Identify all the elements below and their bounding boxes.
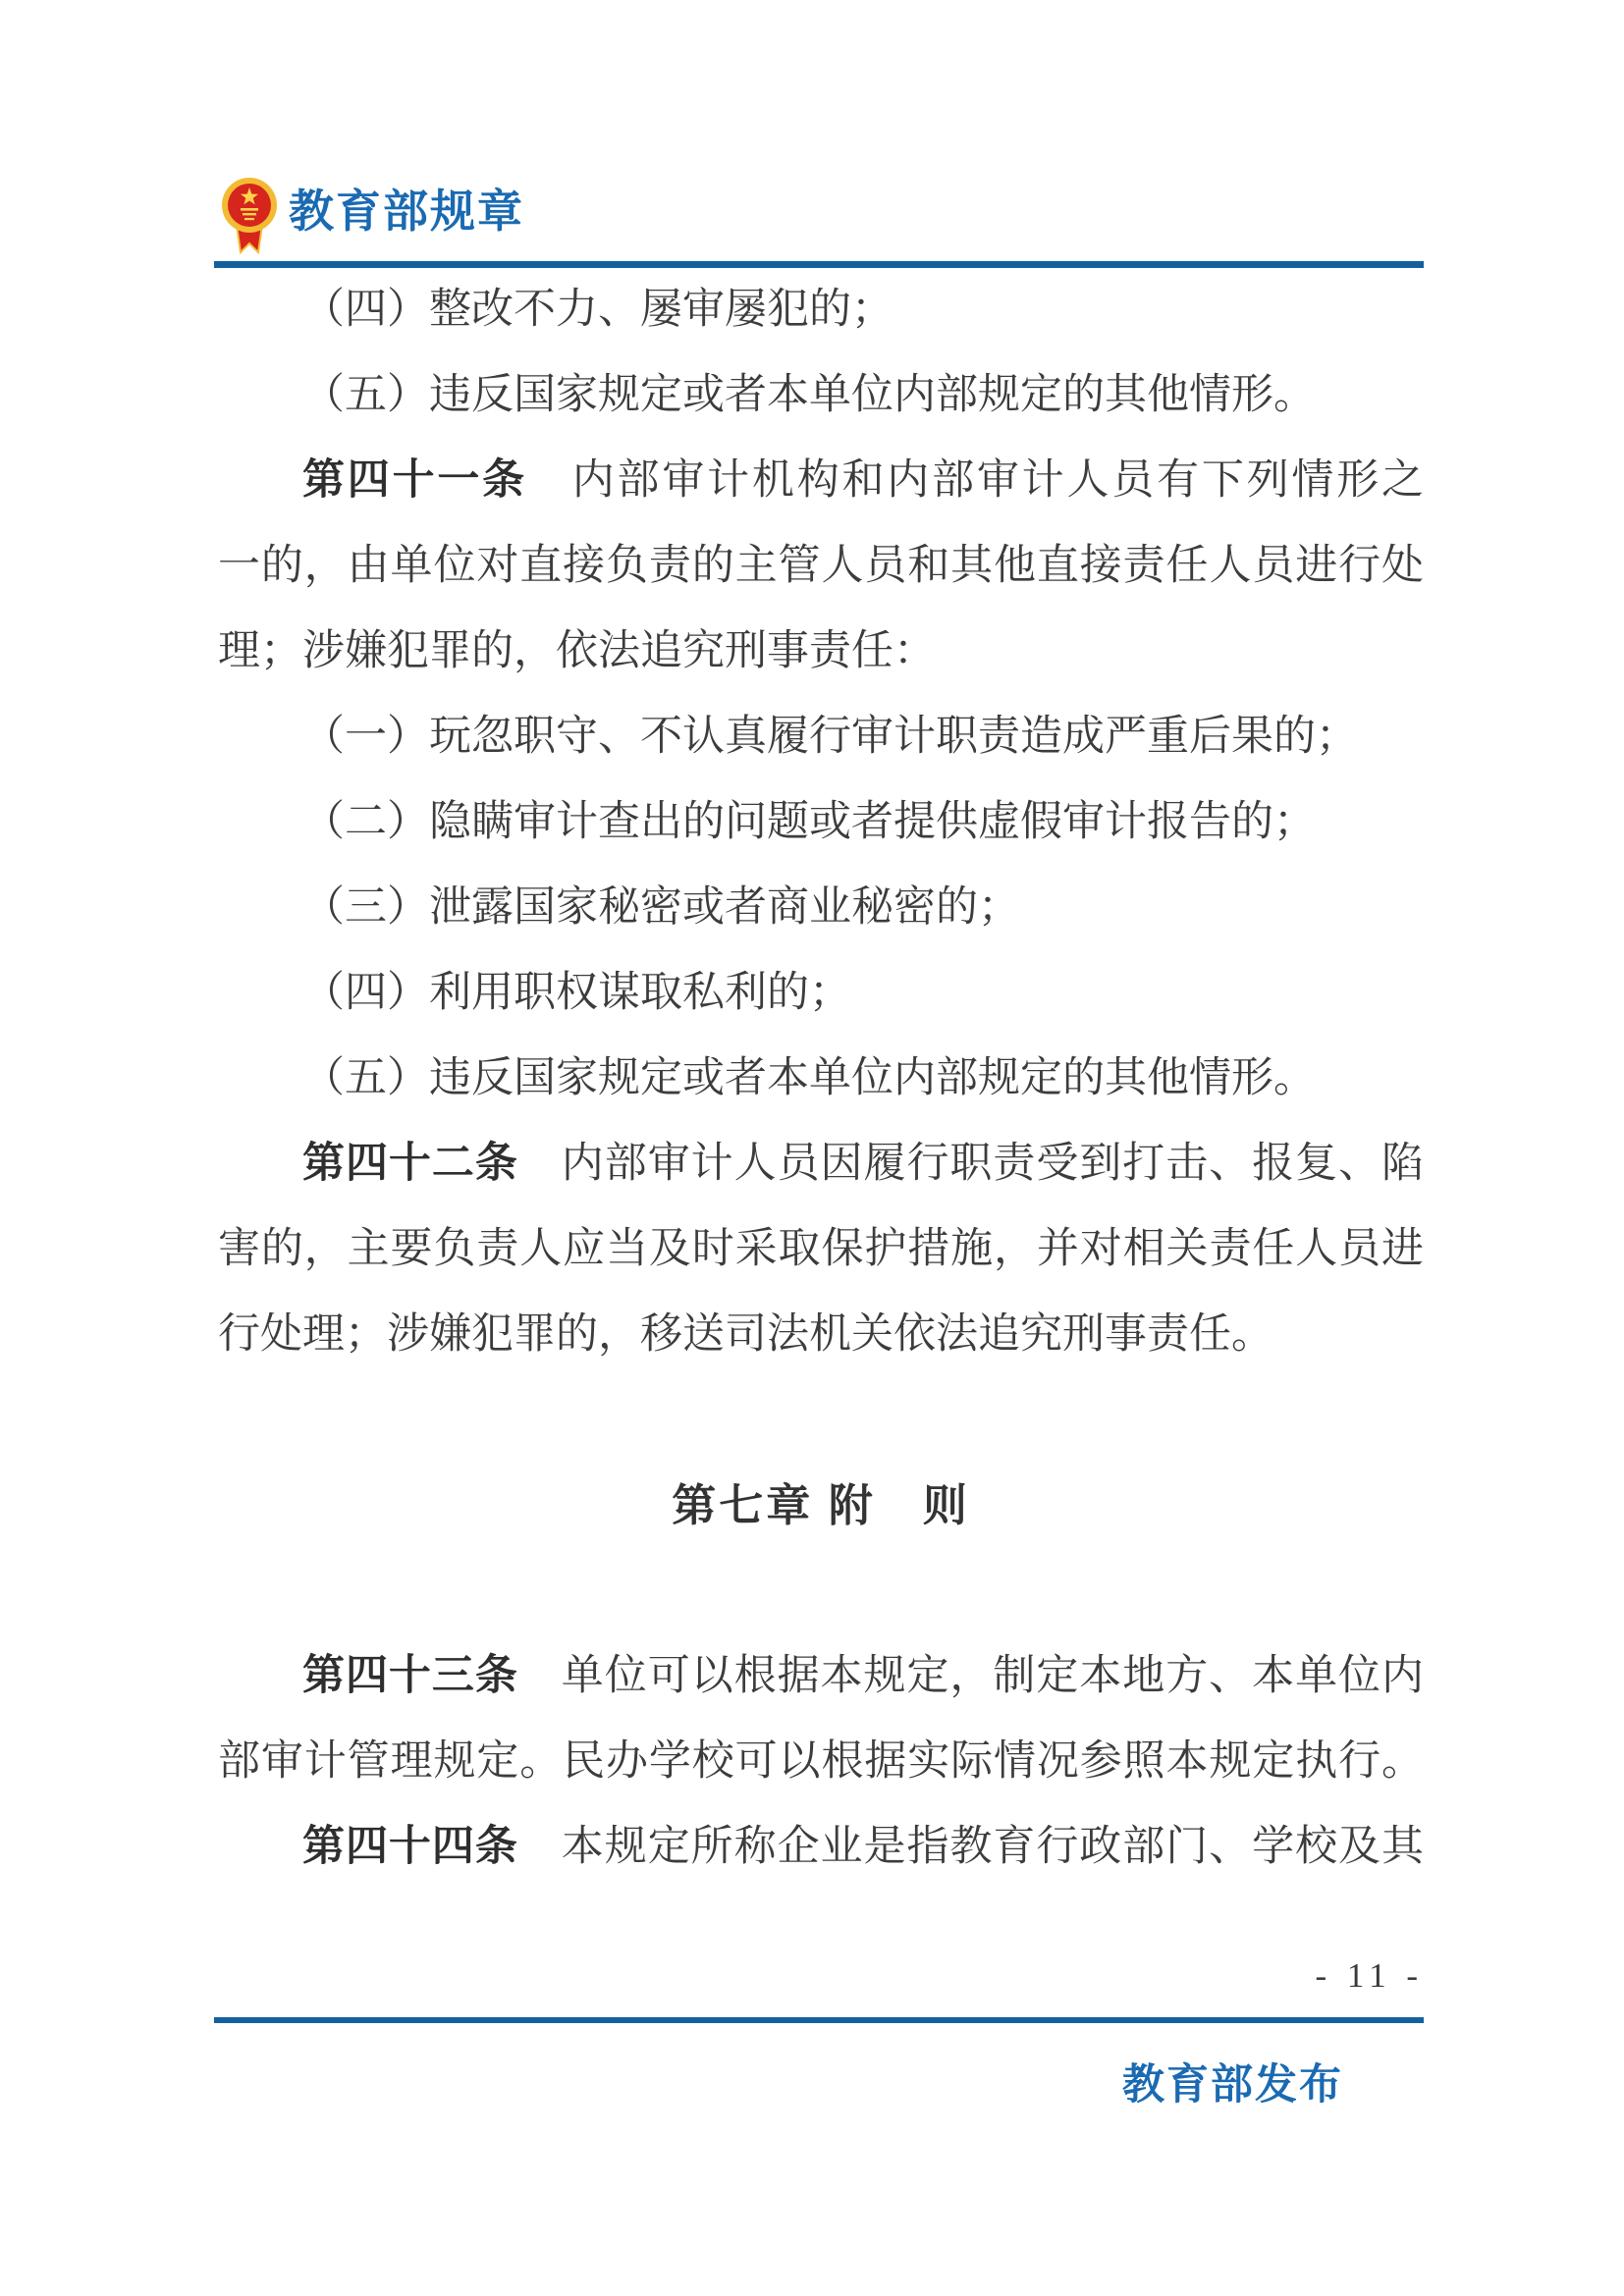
body-text-segment: （五）违反国家规定或者本单位内部规定的其他情形。 <box>302 1055 1316 1101</box>
body-text-segment: （四）利用职权谋取私利的； <box>302 970 851 1016</box>
article-number: 第四十四条 <box>302 1824 518 1870</box>
body-text-segment: （一）玩忽职守、不认真履行审计职责造成严重后果的； <box>302 714 1358 760</box>
body-text-segment: 一的，由单位对直接负责的主管人员和其他直接责任人员进行处 <box>218 543 1424 589</box>
body-line: （四）整改不力、屡审屡犯的； <box>218 267 1424 352</box>
body-line: （一）玩忽职守、不认真履行审计职责造成严重后果的； <box>218 694 1424 779</box>
footer-divider <box>214 2017 1424 2023</box>
body-text-segment: 部审计管理规定。民办学校可以根据实际情况参照本规定执行。 <box>218 1738 1424 1785</box>
body-text-segment: 理；涉嫌犯罪的，依法追究刑事责任： <box>218 628 936 674</box>
document-page: 教育部规章 （四）整改不力、屡审屡犯的；（五）违反国家规定或者本单位内部规定的其… <box>0 0 1624 2296</box>
body-text-segment: 内部审计人员因履行职责受到打击、报复、陷 <box>518 1141 1424 1187</box>
body-text-segment: 行处理；涉嫌犯罪的，移送司法机关依法追究刑事责任。 <box>218 1311 1273 1358</box>
body-line: （五）违反国家规定或者本单位内部规定的其他情形。 <box>218 1036 1424 1121</box>
national-emblem-icon <box>221 175 278 255</box>
page-number: - 11 - <box>1315 1955 1424 1997</box>
body-line: 第四十二条 内部审计人员因履行职责受到打击、报复、陷 <box>218 1121 1424 1206</box>
body-text-segment: （四）整改不力、屡审屡犯的； <box>302 287 893 333</box>
body-text-segment: 害的，主要负责人应当及时采取保护措施，并对相关责任人员进 <box>218 1226 1424 1272</box>
body-line: 第四十四条 本规定所称企业是指教育行政部门、学校及其 <box>218 1804 1424 1890</box>
body-text-segment: （二）隐瞒审计查出的问题或者提供虚假审计报告的； <box>302 799 1316 845</box>
article-number: 第四十二条 <box>302 1141 518 1187</box>
body-line: 行处理；涉嫌犯罪的，移送司法机关依法追究刑事责任。 <box>218 1292 1424 1377</box>
body-line: 第四十三条 单位可以根据本规定，制定本地方、本单位内 <box>218 1633 1424 1719</box>
page-title: 教育部规章 <box>289 183 524 240</box>
body-line: 部审计管理规定。民办学校可以根据实际情况参照本规定执行。 <box>218 1719 1424 1804</box>
body-line: 一的，由单位对直接负责的主管人员和其他直接责任人员进行处 <box>218 523 1424 609</box>
body-line: （三）泄露国家秘密或者商业秘密的； <box>218 865 1424 950</box>
article-number: 第四十一条 <box>302 457 527 504</box>
chapter-heading: 第七章 附 则 <box>218 1463 1424 1548</box>
document-body: （四）整改不力、屡审屡犯的；（五）违反国家规定或者本单位内部规定的其他情形。第四… <box>218 267 1424 1890</box>
body-line: （二）隐瞒审计查出的问题或者提供虚假审计报告的； <box>218 779 1424 865</box>
body-line: 害的，主要负责人应当及时采取保护措施，并对相关责任人员进 <box>218 1206 1424 1292</box>
body-text-segment: （五）违反国家规定或者本单位内部规定的其他情形。 <box>302 372 1316 418</box>
body-text-segment: 内部审计机构和内部审计人员有下列情形之 <box>527 457 1424 504</box>
publisher-label: 教育部发布 <box>1122 2059 1343 2110</box>
body-line: （五）违反国家规定或者本单位内部规定的其他情形。 <box>218 352 1424 438</box>
body-text-segment: （三）泄露国家秘密或者商业秘密的； <box>302 884 1020 931</box>
body-line: （四）利用职权谋取私利的； <box>218 950 1424 1036</box>
body-text-segment: 单位可以根据本规定，制定本地方、本单位内 <box>518 1653 1424 1699</box>
body-text-segment: 本规定所称企业是指教育行政部门、学校及其 <box>518 1824 1424 1870</box>
body-line: 理；涉嫌犯罪的，依法追究刑事责任： <box>218 609 1424 694</box>
body-line: 第四十一条 内部审计机构和内部审计人员有下列情形之 <box>218 438 1424 523</box>
article-number: 第四十三条 <box>302 1653 518 1699</box>
